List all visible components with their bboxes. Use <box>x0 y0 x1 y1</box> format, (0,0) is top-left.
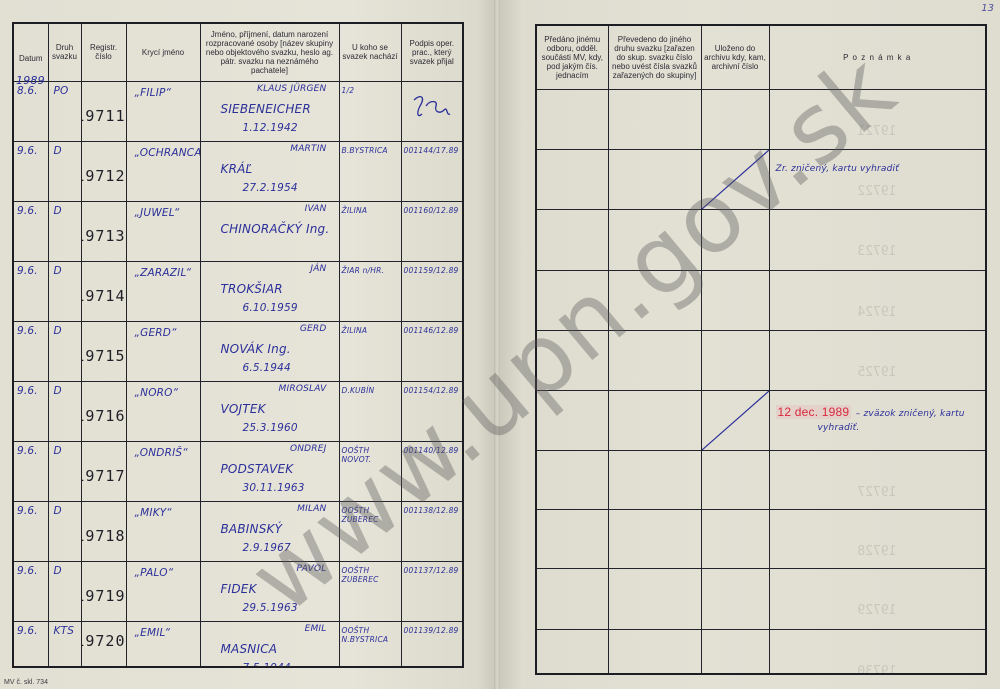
datum-cell: 9.6. <box>13 501 48 561</box>
birth-date: 6.10.1959 <box>243 302 298 314</box>
datum-cell: 9.6. <box>13 621 48 667</box>
show-through-number: 19730 <box>858 664 897 675</box>
poznamka-cell: 19724 <box>769 270 986 330</box>
table-row: 9.6. D 19713 „JUWEL“ IVAN CHINORAČKÝ Ing… <box>13 201 463 261</box>
datum-cell: 9.6. <box>13 201 48 261</box>
u-koho-cell: ŽILINA <box>339 201 401 261</box>
jmeno-cell: JÁN TROKŠIAR 6.10.1959 <box>200 261 339 321</box>
header-row: Předáno jinému odboru, odděl. součásti M… <box>536 25 986 89</box>
datum-cell: 9.6. <box>13 381 48 441</box>
druh-cell: D <box>48 201 81 261</box>
podpis-cell: 001137/12.89 <box>401 561 463 621</box>
u-koho-cell: OOŠTH N.BYSTRICA <box>339 621 401 667</box>
table-row: 12 dec. 1989 – zväzok zničený, kartu vyh… <box>536 390 986 450</box>
jmeno-cell: MARTIN KRÁĽ 27.2.1954 <box>200 141 339 201</box>
register-table-left: Datum Druh svazku Registr. číslo Krycí j… <box>12 22 464 668</box>
datum-value: 9.6. <box>17 625 38 637</box>
regist-value: 19715 <box>81 347 126 365</box>
regist-value: 19713 <box>81 227 126 245</box>
date-stamp: 12 dec. 1989 <box>776 405 852 419</box>
predano-cell <box>536 209 608 270</box>
show-through-number: 19723 <box>858 244 897 259</box>
prevedeno-cell <box>608 149 701 209</box>
first-name: IVAN <box>305 204 327 214</box>
last-name: VOJTEK <box>221 402 266 416</box>
ulozeno-cell <box>701 209 769 270</box>
prevedeno-cell <box>608 568 701 629</box>
u-koho-cell: B.BYSTRICA <box>339 141 401 201</box>
kryci-cell: „GERD“ <box>126 321 200 381</box>
podpis-value: 001139/12.89 <box>404 626 459 635</box>
datum-cell: 9.6. <box>13 441 48 501</box>
table-row: 9.6. D 19719 „PALO“ PAVOL FIDEK 29.5.196… <box>13 561 463 621</box>
poznamka-cell: 19729 <box>769 568 986 629</box>
ulozeno-cell <box>701 568 769 629</box>
birth-date: 27.2.1954 <box>243 182 298 194</box>
table-row: 19725 <box>536 330 986 390</box>
strike-diagonal <box>702 150 769 209</box>
regist-cell: 19716 <box>81 381 126 441</box>
druh-cell: PO <box>48 81 81 141</box>
predano-cell <box>536 89 608 149</box>
u-koho-cell: OOŠTH NOVOT. <box>339 441 401 501</box>
druh-cell: D <box>48 321 81 381</box>
kryci-value: „OCHRANCA“ <box>135 147 201 159</box>
prevedeno-cell <box>608 330 701 390</box>
last-name: FIDEK <box>221 582 257 596</box>
predano-cell <box>536 568 608 629</box>
datum-value: 9.6. <box>17 325 38 337</box>
kryci-cell: „FILIP“ <box>126 81 200 141</box>
header-podpis: Podpis oper. prac., který svazek přijal <box>401 23 463 81</box>
header-jmeno: Jméno, příjmení, datum narození rozpraco… <box>200 23 339 81</box>
prevedeno-cell <box>608 89 701 149</box>
header-kryci: Krycí jméno <box>126 23 200 81</box>
regist-value: 19717 <box>81 467 126 485</box>
ulozeno-cell <box>701 89 769 149</box>
strike-diagonal <box>702 391 769 450</box>
header-druh: Druh svazku <box>48 23 81 81</box>
predano-cell <box>536 390 608 450</box>
ulozeno-cell <box>701 450 769 509</box>
page-number: 13 <box>981 3 994 14</box>
header-regist: Registr. číslo <box>81 23 126 81</box>
prevedeno-cell <box>608 450 701 509</box>
ulozeno-cell <box>701 149 769 209</box>
regist-value: 19720 <box>81 632 126 650</box>
last-name: KRÁĽ <box>221 162 253 176</box>
jmeno-cell: MILAN BABINSKÝ 2.9.1967 <box>200 501 339 561</box>
datum-value: 9.6. <box>17 385 38 397</box>
ulozeno-cell <box>701 629 769 674</box>
first-name: PAVOL <box>297 564 327 574</box>
jmeno-cell: IVAN CHINORAČKÝ Ing. <box>200 201 339 261</box>
u-koho-cell: D.KUBÍN <box>339 381 401 441</box>
table-row: 8.6. PO 19711 „FILIP“ KLAUS JÜRGEN SIEBE… <box>13 81 463 141</box>
regist-cell: 19720 <box>81 621 126 667</box>
show-through-number: 19721 <box>858 124 897 139</box>
druh-value: D <box>54 385 62 397</box>
podpis-cell: 001159/12.89 <box>401 261 463 321</box>
datum-value: 9.6. <box>17 505 38 517</box>
kryci-value: „JUWEL“ <box>135 207 180 219</box>
show-through-number: 19728 <box>858 544 897 559</box>
kryci-cell: „PALO“ <box>126 561 200 621</box>
header-row: Datum Druh svazku Registr. číslo Krycí j… <box>13 23 463 68</box>
poznamka-cell: 19730 <box>769 629 986 674</box>
table-row: 19724 <box>536 270 986 330</box>
podpis-value: 001138/12.89 <box>404 506 459 515</box>
ulozeno-cell <box>701 270 769 330</box>
last-name: MASNICA <box>221 642 278 656</box>
druh-value: D <box>54 145 62 157</box>
first-name: MARTIN <box>290 144 326 154</box>
table-row: 19722 Zr. zničený, kartu vyhradiť <box>536 149 986 209</box>
birth-date: 25.3.1960 <box>243 422 298 434</box>
birth-date: 2.9.1967 <box>243 542 291 554</box>
first-name: GERD <box>300 324 327 334</box>
u-koho-value: OOŠTH NOVOT. <box>342 446 400 464</box>
regist-cell: 19714 <box>81 261 126 321</box>
signature-icon <box>410 92 454 124</box>
header-ulozeno: Uloženo do archivu kdy, kam, archivní čí… <box>701 25 769 89</box>
table-row: 19729 <box>536 568 986 629</box>
kryci-value: „PALO“ <box>135 567 174 579</box>
jmeno-cell: KLAUS JÜRGEN SIEBENEICHER 1.12.1942 <box>200 81 339 141</box>
first-name: MIROSLAV <box>279 384 327 394</box>
table-row: 9.6. D 19718 „MIKY“ MILAN BABINSKÝ 2.9.1… <box>13 501 463 561</box>
regist-cell: 19715 <box>81 321 126 381</box>
druh-cell: D <box>48 141 81 201</box>
table-row: 19728 <box>536 509 986 568</box>
birth-date: 6.5.1944 <box>243 362 291 374</box>
podpis-cell: 001154/12.89 <box>401 381 463 441</box>
book-spine <box>494 0 500 689</box>
druh-value: D <box>54 205 62 217</box>
predano-cell <box>536 450 608 509</box>
datum-value: 9.6. <box>17 265 38 277</box>
u-koho-value: 1/2 <box>342 86 400 95</box>
table-row: 19721 <box>536 89 986 149</box>
table-row: 9.6. D 19717 „ONDRIŠ“ ONDREJ PODSTAVEK 3… <box>13 441 463 501</box>
regist-cell: 19711 <box>81 81 126 141</box>
jmeno-cell: PAVOL FIDEK 29.5.1963 <box>200 561 339 621</box>
note-line: 12 dec. 1989 – zväzok zničený, kartu <box>776 403 965 421</box>
podpis-cell: 001160/12.89 <box>401 201 463 261</box>
datum-value: 9.6. <box>17 205 38 217</box>
kryci-cell: „OCHRANCA“ <box>126 141 200 201</box>
druh-cell: D <box>48 381 81 441</box>
regist-value: 19719 <box>81 587 126 605</box>
druh-value: D <box>54 505 62 517</box>
header-poznamka: P o z n á m k a <box>769 25 986 89</box>
note-text-2: vyhradiť. <box>818 423 860 433</box>
u-koho-value: ŽILINA <box>342 206 400 215</box>
podpis-cell <box>401 81 463 141</box>
register-table-right: Předáno jinému odboru, odděl. součásti M… <box>535 24 987 675</box>
kryci-cell: „ZARAZIL“ <box>126 261 200 321</box>
datum-value: 9.6. <box>17 565 38 577</box>
show-through-number: 19727 <box>858 485 897 500</box>
birth-date: 30.11.1963 <box>243 482 305 494</box>
podpis-value: 001159/12.89 <box>404 266 459 275</box>
jmeno-cell: ONDREJ PODSTAVEK 30.11.1963 <box>200 441 339 501</box>
table-row: 9.6. D 19714 „ZARAZIL“ JÁN TROKŠIAR 6.10… <box>13 261 463 321</box>
regist-value: 19714 <box>81 287 126 305</box>
kryci-cell: „ONDRIŠ“ <box>126 441 200 501</box>
first-name: KLAUS JÜRGEN <box>257 84 327 94</box>
regist-value: 19718 <box>81 527 126 545</box>
u-koho-value: B.BYSTRICA <box>342 146 400 155</box>
predano-cell <box>536 330 608 390</box>
kryci-value: „MIKY“ <box>135 507 172 519</box>
podpis-cell: 001138/12.89 <box>401 501 463 561</box>
datum-cell: 9.6. <box>13 321 48 381</box>
header-predano: Předáno jinému odboru, odděl. součásti M… <box>536 25 608 89</box>
note-text: – zväzok zničený, kartu <box>856 409 965 419</box>
last-name: CHINORAČKÝ Ing. <box>221 222 330 236</box>
poznamka-cell: 19721 <box>769 89 986 149</box>
birth-date: 7.5.1944 <box>243 662 291 668</box>
u-koho-cell: ŽIAR n/HR. <box>339 261 401 321</box>
first-name: JÁN <box>310 264 326 274</box>
regist-cell: 19713 <box>81 201 126 261</box>
druh-value: D <box>54 565 62 577</box>
druh-cell: D <box>48 501 81 561</box>
kryci-cell: „JUWEL“ <box>126 201 200 261</box>
kryci-value: „GERD“ <box>135 327 177 339</box>
kryci-cell: „MIKY“ <box>126 501 200 561</box>
podpis-value: 001154/12.89 <box>404 386 459 395</box>
poznamka-cell: 19722 Zr. zničený, kartu vyhradiť <box>769 149 986 209</box>
datum-cell: 9.6. <box>13 141 48 201</box>
header-prevedeno: Převedeno do jiného druhu svazku [zařaze… <box>608 25 701 89</box>
prevedeno-cell <box>608 209 701 270</box>
u-koho-value: OOŠTH ZUBEREC <box>342 566 400 584</box>
table-row: 9.6. KTS 19720 „EMIL“ EMIL MASNICA 7.5.1… <box>13 621 463 667</box>
poznamka-cell: 19723 <box>769 209 986 270</box>
podpis-value: 001146/12.89 <box>404 326 459 335</box>
show-through-number: 19725 <box>858 365 897 380</box>
prevedeno-cell <box>608 390 701 450</box>
first-name: MILAN <box>297 504 326 514</box>
druh-value: D <box>54 445 62 457</box>
kryci-cell: „NORO“ <box>126 381 200 441</box>
poznamka-cell: 19727 <box>769 450 986 509</box>
datum-cell: 8.6. <box>13 81 48 141</box>
u-koho-value: ŽIAR n/HR. <box>342 266 400 275</box>
table-row: 9.6. D 19712 „OCHRANCA“ MARTIN KRÁĽ 27.2… <box>13 141 463 201</box>
kryci-cell: „EMIL“ <box>126 621 200 667</box>
first-name: EMIL <box>305 624 327 634</box>
regist-value: 19712 <box>81 167 126 185</box>
podpis-value: 001160/12.89 <box>404 206 459 215</box>
podpis-cell: 001144/17.89 <box>401 141 463 201</box>
prevedeno-cell <box>608 629 701 674</box>
show-through-number: 19729 <box>858 603 897 618</box>
table-row: 19730 <box>536 629 986 674</box>
prevedeno-cell <box>608 270 701 330</box>
datum-cell: 9.6. <box>13 261 48 321</box>
druh-cell: D <box>48 561 81 621</box>
podpis-value: 001137/12.89 <box>404 566 459 575</box>
kryci-value: „NORO“ <box>135 387 179 399</box>
regist-cell: 19712 <box>81 141 126 201</box>
predano-cell <box>536 149 608 209</box>
kryci-value: „FILIP“ <box>135 87 172 99</box>
u-koho-cell: OOŠTH ZUBEREC <box>339 561 401 621</box>
regist-cell: 19718 <box>81 501 126 561</box>
birth-date: 29.5.1963 <box>243 602 298 614</box>
last-name: BABINSKÝ <box>221 522 283 536</box>
regist-value: 19716 <box>81 407 126 425</box>
last-name: SIEBENEICHER <box>221 102 311 116</box>
jmeno-cell: GERD NOVÁK Ing. 6.5.1944 <box>200 321 339 381</box>
poznamka-cell: 12 dec. 1989 – zväzok zničený, kartu vyh… <box>769 390 986 450</box>
druh-cell: KTS <box>48 621 81 667</box>
u-koho-value: OOŠTH N.BYSTRICA <box>342 626 400 644</box>
regist-value: 19711 <box>81 107 126 125</box>
u-koho-cell: ŽILINA <box>339 321 401 381</box>
table-row: 9.6. D 19716 „NORO“ MIROSLAV VOJTEK 25.3… <box>13 381 463 441</box>
datum-value: 9.6. <box>17 145 38 157</box>
datum-value: 9.6. <box>17 445 38 457</box>
druh-cell: D <box>48 441 81 501</box>
table-row: 19723 <box>536 209 986 270</box>
form-code: MV č. skl. 734 <box>4 679 48 686</box>
predano-cell <box>536 509 608 568</box>
poznamka-cell: 19725 <box>769 330 986 390</box>
ulozeno-cell <box>701 390 769 450</box>
birth-date: 1.12.1942 <box>243 122 298 134</box>
predano-cell <box>536 629 608 674</box>
kryci-value: „EMIL“ <box>135 627 171 639</box>
datum-cell: 9.6. <box>13 561 48 621</box>
kryci-value: „ZARAZIL“ <box>135 267 192 279</box>
regist-cell: 19717 <box>81 441 126 501</box>
prevedeno-cell <box>608 509 701 568</box>
poznamka-cell: 19728 <box>769 509 986 568</box>
table-row: 19727 <box>536 450 986 509</box>
druh-value: D <box>54 325 62 337</box>
header-u-koho: U koho se svazek nachází <box>339 23 401 81</box>
header-datum: Datum <box>13 23 48 81</box>
last-name: NOVÁK Ing. <box>221 342 291 356</box>
jmeno-cell: MIROSLAV VOJTEK 25.3.1960 <box>200 381 339 441</box>
kryci-value: „ONDRIŠ“ <box>135 447 188 459</box>
druh-value: KTS <box>54 625 75 637</box>
ulozeno-cell <box>701 509 769 568</box>
last-name: PODSTAVEK <box>221 462 294 476</box>
u-koho-value: OOŠTH ZUBEREC <box>342 506 400 524</box>
show-through-number: 19722 <box>858 184 897 199</box>
note-text: Zr. zničený, kartu vyhradiť <box>776 164 899 174</box>
druh-value: PO <box>54 85 69 97</box>
podpis-cell: 001139/12.89 <box>401 621 463 667</box>
podpis-cell: 001140/12.89 <box>401 441 463 501</box>
ulozeno-cell <box>701 330 769 390</box>
podpis-value: 001140/12.89 <box>404 446 459 455</box>
regist-cell: 19719 <box>81 561 126 621</box>
u-koho-cell: 1/2 <box>339 81 401 141</box>
jmeno-cell: EMIL MASNICA 7.5.1944 <box>200 621 339 667</box>
u-koho-cell: OOŠTH ZUBEREC <box>339 501 401 561</box>
u-koho-value: ŽILINA <box>342 326 400 335</box>
first-name: ONDREJ <box>290 444 327 454</box>
table-row: 9.6. D 19715 „GERD“ GERD NOVÁK Ing. 6.5.… <box>13 321 463 381</box>
predano-cell <box>536 270 608 330</box>
note-line: Zr. zničený, kartu vyhradiť <box>776 158 899 176</box>
u-koho-value: D.KUBÍN <box>342 386 400 395</box>
show-through-number: 19724 <box>858 305 897 320</box>
podpis-cell: 001146/12.89 <box>401 321 463 381</box>
year-label: 1989 <box>16 74 45 87</box>
podpis-value: 001144/17.89 <box>404 146 459 155</box>
druh-value: D <box>54 265 62 277</box>
last-name: TROKŠIAR <box>221 282 283 296</box>
druh-cell: D <box>48 261 81 321</box>
